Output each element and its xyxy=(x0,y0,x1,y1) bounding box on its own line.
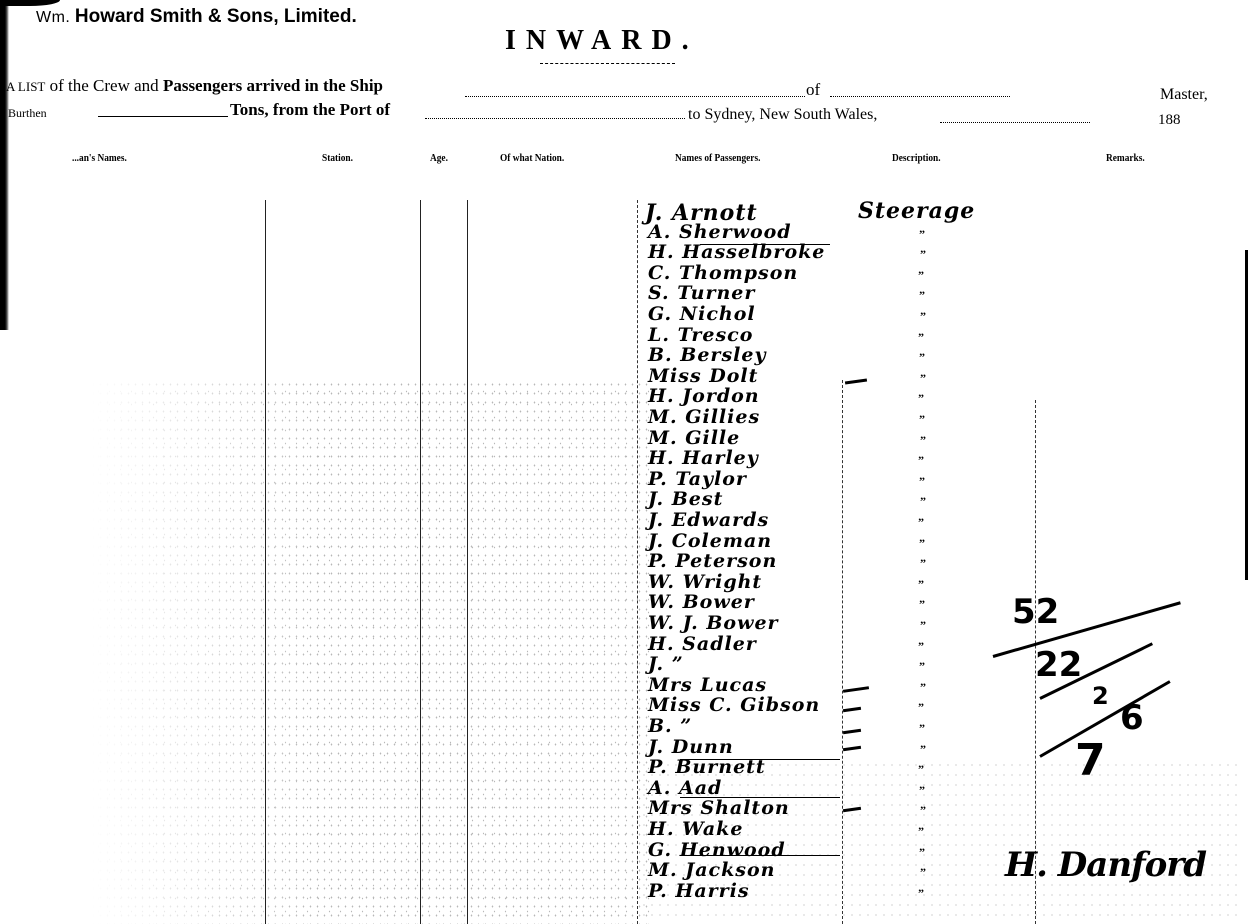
header-of: of xyxy=(806,80,820,100)
passenger-name: B. ” xyxy=(648,715,692,737)
remark-tally: 6 xyxy=(1120,698,1144,738)
passenger-name: A. Aad xyxy=(648,777,722,799)
passenger-name: W. Bower xyxy=(648,591,755,613)
passenger-name: M. Gille xyxy=(648,427,740,449)
ditto-mark: ” xyxy=(918,453,924,468)
passenger-name: H. Sadler xyxy=(648,633,757,655)
ditto-mark: ” xyxy=(920,865,926,880)
ditto-mark: ” xyxy=(920,433,926,448)
header-line-2: Burthen xyxy=(8,102,47,122)
passenger-name: G. Nichol xyxy=(648,303,756,325)
ship-name-blank xyxy=(465,96,805,97)
column-divider xyxy=(420,200,421,924)
dash-mark xyxy=(843,746,861,751)
col-remarks: Remarks. xyxy=(1106,152,1145,164)
ditto-mark: ” xyxy=(920,494,926,509)
passenger-name: J. Edwards xyxy=(648,509,769,531)
column-divider xyxy=(467,200,468,924)
scan-edge-right xyxy=(1245,250,1248,580)
document-title: INWARD. xyxy=(505,25,699,57)
header-destination: to Sydney, New South Wales, xyxy=(688,106,877,124)
dash-mark xyxy=(843,707,861,712)
remark-tally: 2 xyxy=(1092,682,1109,710)
of-blank xyxy=(830,96,1010,97)
header-text-a: of the Crew and xyxy=(50,76,159,95)
passenger-name: H. Wake xyxy=(648,818,743,840)
name-underline xyxy=(680,797,840,798)
description-value: Steerage xyxy=(858,198,975,224)
passenger-name: C. Thompson xyxy=(648,262,798,284)
ditto-mark: ” xyxy=(920,247,926,262)
ditto-mark: ” xyxy=(920,680,926,695)
passenger-name: S. Turner xyxy=(648,282,755,304)
scan-noise xyxy=(90,380,650,924)
burthen-blank xyxy=(98,116,228,117)
company-prefix: Wm. xyxy=(36,9,70,26)
passenger-name: J. Coleman xyxy=(648,530,772,552)
passenger-name: P. Peterson xyxy=(648,550,777,572)
header-line-1: A LIST of the Crew and Passengers arrive… xyxy=(6,76,383,96)
passenger-name: P. Harris xyxy=(648,880,750,902)
title-rule xyxy=(540,63,675,64)
column-divider xyxy=(265,200,266,924)
passenger-name: H. Harley xyxy=(648,447,759,469)
ditto-mark: ” xyxy=(918,391,924,406)
dash-mark xyxy=(845,378,867,384)
ditto-mark: ” xyxy=(919,783,925,798)
company-name: Wm. Howard Smith & Sons, Limited. xyxy=(36,6,357,28)
col-passenger-names: Names of Passengers. xyxy=(675,152,760,164)
column-divider xyxy=(637,200,638,924)
ditto-mark: ” xyxy=(920,309,926,324)
passenger-name: W. J. Bower xyxy=(648,612,779,634)
passenger-name: A. Sherwood xyxy=(648,221,792,243)
ditto-mark: ” xyxy=(918,700,924,715)
ditto-mark: ” xyxy=(919,474,925,489)
passenger-name: H. Jordon xyxy=(648,385,760,407)
list-prefix: A LIST xyxy=(6,79,45,94)
passenger-name: G. Henwood xyxy=(648,839,786,861)
name-underline xyxy=(700,244,830,245)
col-station: Station. xyxy=(322,152,353,164)
ditto-mark: ” xyxy=(919,412,925,427)
dash-mark xyxy=(843,729,861,734)
passenger-name: L. Tresco xyxy=(648,324,753,346)
ditto-mark: ” xyxy=(920,556,926,571)
ditto-mark: ” xyxy=(918,639,924,654)
burthen-label: Burthen xyxy=(8,106,47,120)
ditto-mark: ” xyxy=(918,762,924,777)
name-underline xyxy=(680,759,840,760)
ditto-mark: ” xyxy=(920,803,926,818)
header-year: 188 xyxy=(1158,112,1181,129)
remark-tally: 52 xyxy=(1012,592,1059,632)
header-text-b: Passengers arrived in the Ship xyxy=(163,76,383,95)
ditto-mark: ” xyxy=(920,618,926,633)
ditto-mark: ” xyxy=(919,597,925,612)
header-tons: Tons, from the Port of xyxy=(230,100,390,120)
scan-edge xyxy=(0,0,9,330)
passenger-name: M. Jackson xyxy=(648,859,775,881)
header-master: Master, xyxy=(1160,86,1208,104)
ditto-mark: ” xyxy=(918,330,924,345)
ditto-mark: ” xyxy=(919,350,925,365)
ditto-mark: ” xyxy=(920,742,926,757)
dash-mark xyxy=(843,686,869,693)
passenger-name: Miss Dolt xyxy=(648,365,758,387)
col-nation: Of what Nation. xyxy=(500,152,564,164)
passenger-name: Mrs Lucas xyxy=(648,674,767,696)
ditto-mark: ” xyxy=(918,824,924,839)
date-blank xyxy=(940,122,1090,123)
passenger-name: Mrs Shalton xyxy=(648,797,790,819)
ditto-mark: ” xyxy=(918,886,924,901)
ditto-mark: ” xyxy=(918,515,924,530)
name-underline xyxy=(680,855,840,856)
passenger-name: P. Taylor xyxy=(648,468,747,490)
passenger-name: Miss C. Gibson xyxy=(648,694,820,716)
remark-tally: 7 xyxy=(1075,735,1106,786)
company-title: Howard Smith & Sons, Limited. xyxy=(75,6,357,27)
col-description: Description. xyxy=(892,152,941,164)
passenger-name: J. Dunn xyxy=(648,736,734,758)
col-age: Age. xyxy=(430,152,448,164)
passenger-name: B. Bersley xyxy=(648,344,767,366)
ditto-mark: ” xyxy=(919,536,925,551)
ditto-mark: ” xyxy=(920,371,926,386)
ditto-mark: ” xyxy=(918,268,924,283)
ditto-mark: ” xyxy=(919,288,925,303)
ditto-mark: ” xyxy=(919,845,925,860)
passenger-name: W. Wright xyxy=(648,571,762,593)
col-crew-names: ...an's Names. xyxy=(72,152,127,164)
passenger-name: J. Best xyxy=(648,488,723,510)
ditto-mark: ” xyxy=(919,659,925,674)
passenger-name: J. ” xyxy=(648,653,684,675)
column-divider xyxy=(842,380,843,924)
ditto-mark: ” xyxy=(919,721,925,736)
port-blank xyxy=(425,118,685,119)
ditto-mark: ” xyxy=(918,577,924,592)
passenger-name: M. Gillies xyxy=(648,406,760,428)
signature: H. Danford xyxy=(1005,845,1206,885)
ditto-mark: ” xyxy=(919,227,925,242)
